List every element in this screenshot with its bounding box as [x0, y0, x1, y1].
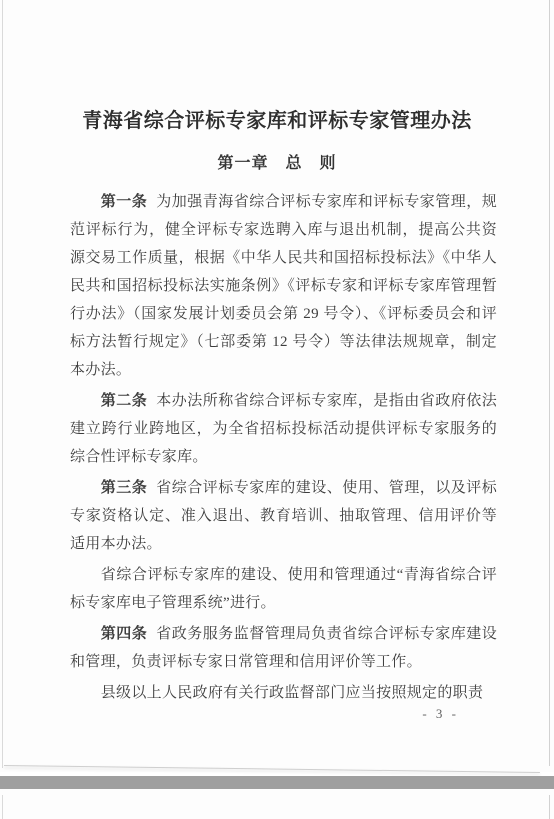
document-title: 青海省综合评标专家库和评标专家管理办法 [0, 0, 554, 136]
paragraph-article-3: 第三条省综合评标专家库的建设、使用、管理，以及评标专家资格认定、准入退出、教育培… [70, 474, 497, 558]
page-right-edge [549, 795, 550, 819]
page-left-edge [2, 795, 3, 819]
page-right-edge [549, 0, 550, 766]
page-separator-band [0, 776, 554, 789]
page-number: - 3 - [422, 706, 459, 722]
document-viewer: 青海省综合评标专家库和评标专家管理办法 第一章 总 则 第一条为加强青海省综合评… [0, 0, 554, 819]
page-bottom-edge-shadow [4, 765, 540, 773]
article-label: 第一条 [101, 194, 148, 210]
scanned-page-4-top [0, 789, 554, 819]
paragraph-article-4-sub: 县级以上人民政府有关行政监督部门应当按照规定的职责 [70, 679, 497, 707]
article-text: 为加强青海省综合评标专家库和评标专家管理，规范评标行为，健全评标专家选聘入库与退… [70, 194, 497, 378]
paragraph-article-2: 第二条本办法所称省综合评标专家库，是指由省政府依法建立跨行业跨地区，为全省招标投… [70, 387, 497, 471]
scanned-page-3: 青海省综合评标专家库和评标专家管理办法 第一章 总 则 第一条为加强青海省综合评… [0, 0, 554, 772]
article-text: 县级以上人民政府有关行政监督部门应当按照规定的职责 [101, 685, 484, 701]
article-text: 省综合评标专家库的建设、使用和管理通过“青海省综合评标专家库电子管理系统”进行。 [70, 567, 497, 611]
document-body: 第一条为加强青海省综合评标专家库和评标专家管理，规范评标行为，健全评标专家选聘入… [70, 188, 497, 707]
article-label: 第三条 [101, 480, 148, 496]
page-left-edge [2, 0, 3, 768]
paragraph-article-1: 第一条为加强青海省综合评标专家库和评标专家管理，规范评标行为，健全评标专家选聘入… [70, 188, 497, 384]
article-label: 第二条 [101, 393, 148, 409]
paragraph-article-3-sub: 省综合评标专家库的建设、使用和管理通过“青海省综合评标专家库电子管理系统”进行。 [70, 561, 497, 617]
paragraph-article-4: 第四条省政务服务监督管理局负责省综合评标专家库建设和管理，负责评标专家日常管理和… [70, 620, 497, 676]
chapter-heading: 第一章 总 则 [0, 153, 554, 175]
article-label: 第四条 [101, 626, 148, 642]
